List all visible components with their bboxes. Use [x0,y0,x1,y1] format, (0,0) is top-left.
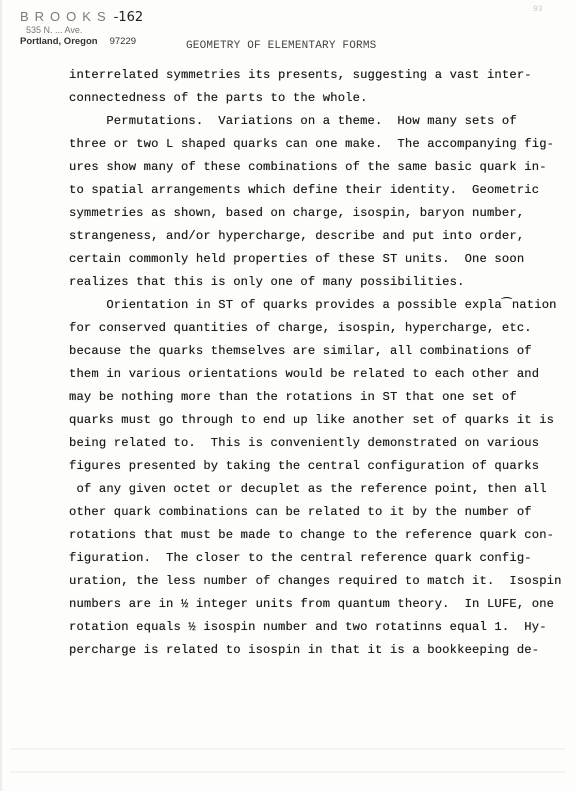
text-line: rotations that must be made to change to… [69,524,569,547]
document-body: interrelated symmetries its presents, su… [69,64,569,662]
text-line: Permutations. Variations on a theme. How… [69,110,569,133]
letterhead-street: 535 N. ... Ave. [26,25,143,36]
text-line: uration, the less number of changes requ… [69,570,569,593]
text-line: quarks must go through to end up like an… [69,409,569,432]
letterhead-city-line: Portland, Oregon97229 [20,36,143,47]
text-line: figures presented by taking the central … [69,455,569,478]
text-line: being related to. This is conveniently d… [69,432,569,455]
handwritten-page-code: -162 [114,10,144,25]
text-line: because the quarks themselves are simila… [69,340,569,363]
text-line: strangeness, and/or hypercharge, describ… [69,225,569,248]
text-line: of any given octet or decuplet as the re… [69,478,569,501]
text-line: rotation equals ½ isospin number and two… [69,616,569,639]
letterhead-city: Portland, Oregon [20,36,98,47]
letterhead-name-text: BROOKS [20,9,112,24]
text-line: other quark combinations can be related … [69,501,569,524]
bleed-through-text [10,740,565,790]
text-line: Orientation in ST of quarks provides a p… [69,294,569,317]
text-line: figuration. The closer to the central re… [69,547,569,570]
text-line: percharge is related to isospin in that … [69,639,569,662]
letterhead-name: BROOKS-162 [20,10,143,25]
text-line: to spatial arrangements which define the… [69,179,569,202]
text-line: connectedness of the parts to the whole. [69,87,569,110]
text-line: certain commonly held properties of thes… [69,248,569,271]
text-line: may be nothing more than the rotations i… [69,386,569,409]
text-line: them in various orientations would be re… [69,363,569,386]
text-line: realizes that this is only one of many p… [69,271,569,294]
text-line: for conserved quantities of charge, isos… [69,317,569,340]
letterhead-stamp: BROOKS-162 535 N. ... Ave. Portland, Ore… [20,10,143,47]
text-line: three or two L shaped quarks can one mak… [69,133,569,156]
page-edge [0,0,3,791]
document-title: GEOMETRY OF ELEMENTARY FORMS [186,40,376,52]
text-line: interrelated symmetries its presents, su… [69,64,569,87]
letterhead-zip: 97229 [110,36,136,47]
text-line: numbers are in ½ integer units from quan… [69,593,569,616]
faint-page-marker: 93 [533,5,543,14]
text-line: symmetries as shown, based on charge, is… [69,202,569,225]
text-line: ures show many of these combinations of … [69,156,569,179]
